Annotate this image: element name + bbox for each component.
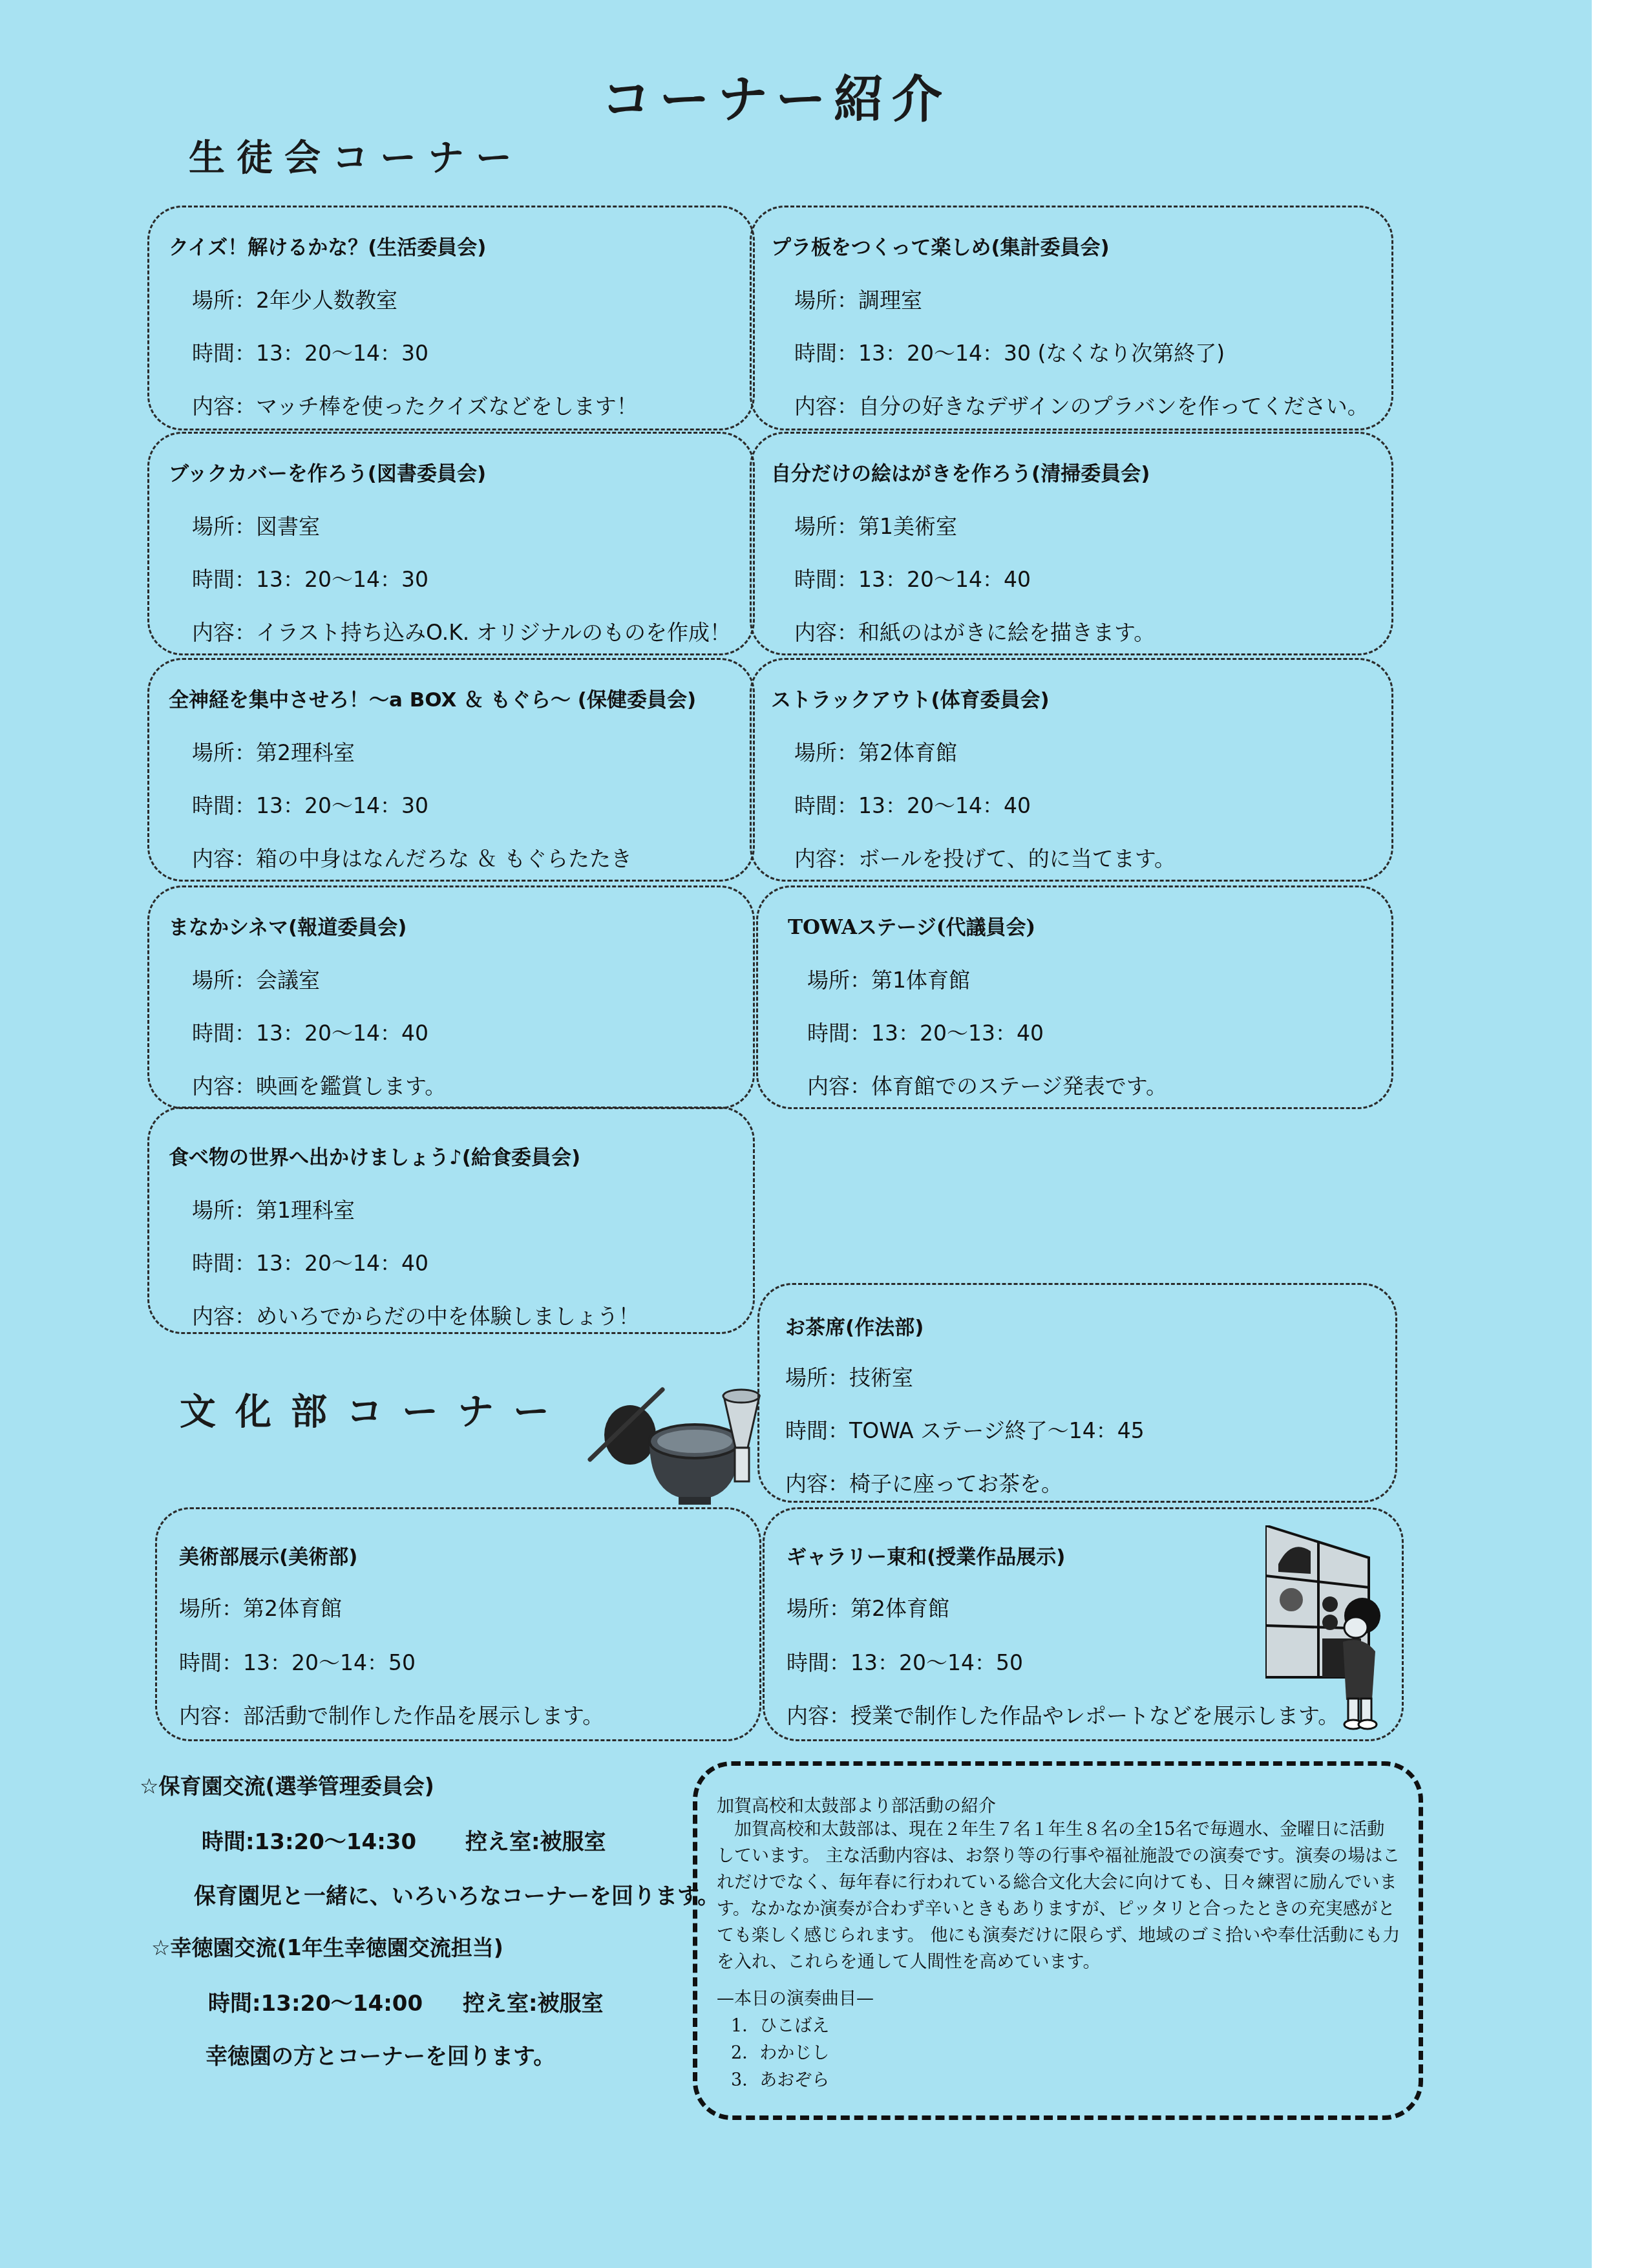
card-title: ギャラリー東和(授業作品展示) bbox=[787, 1540, 1065, 1569]
card-content: 内容：ボールを投げて、的に当てます。 bbox=[794, 842, 1176, 873]
card-place: 場所：第2体育館 bbox=[179, 1592, 342, 1622]
taiko-song-item: 1．ひこばえ bbox=[731, 2011, 829, 2037]
exchange-kotokuen-time: 時間:13:20〜14:00 bbox=[208, 1986, 423, 2017]
card-content: 内容：イラスト持ち込みO.K. オリジナルのものを作成！ bbox=[192, 616, 731, 646]
corner-card-postcard: 自分だけの絵はがきを作ろう(清掃委員会) 場所：第1美術室 時間：13：20〜1… bbox=[750, 432, 1393, 655]
card-place: 場所：会議室 bbox=[192, 964, 320, 994]
flyer-page: コーナー紹介 生徒会コーナー クイズ！解けるかな？(生活委員会) 場所：2年少人… bbox=[0, 0, 1592, 2268]
card-content: 内容：椅子に座ってお茶を。 bbox=[785, 1467, 1062, 1498]
card-title: ブックカバーを作ろう(図書委員会) bbox=[169, 457, 486, 486]
card-place: 場所：調理室 bbox=[794, 284, 922, 314]
taiko-heading: 加賀高校和太鼓部より部活動の紹介 bbox=[717, 1792, 996, 1817]
card-time: 時間：13：20〜14：30 bbox=[192, 789, 428, 820]
taiko-song-item: 2．わかじし bbox=[731, 2039, 829, 2064]
card-content: 内容：箱の中身はなんだろな ＆ もぐらたたき bbox=[192, 842, 632, 873]
corner-card-food-world: 食べ物の世界へ出かけましょう♪(給食委員会) 場所：第1理科室 時間：13：20… bbox=[147, 1107, 755, 1334]
gallery-viewer-icon bbox=[1265, 1525, 1382, 1732]
card-content: 内容：体育館でのステージ発表です。 bbox=[807, 1070, 1167, 1100]
card-content: 内容：映画を鑑賞します。 bbox=[192, 1070, 446, 1100]
card-place: 場所：第1理科室 bbox=[192, 1194, 355, 1224]
card-title: 美術部展示(美術部) bbox=[179, 1540, 357, 1569]
tea-set-icon bbox=[585, 1370, 766, 1512]
card-title: ストラックアウト(体育委員会) bbox=[771, 683, 1050, 712]
corner-card-towa-stage: TOWAステージ(代議員会) 場所：第1体育館 時間：13：20〜13：40 内… bbox=[756, 885, 1393, 1109]
card-time: 時間：13：20〜14：50 bbox=[787, 1646, 1023, 1677]
card-time: 時間：13：20〜13：40 bbox=[807, 1017, 1044, 1047]
culture-card-tea-ceremony: お茶席(作法部) 場所：技術室 時間：TOWA ステージ終了〜14：45 内容：… bbox=[757, 1283, 1397, 1503]
card-content: 内容：授業で制作した作品やレポートなどを展示します。 bbox=[787, 1699, 1339, 1730]
taiko-club-intro-box: 加賀高校和太鼓部より部活動の紹介 加賀高校和太鼓部は、現在２年生７名１年生８名の… bbox=[693, 1761, 1423, 2120]
corner-card-box-mole: 全神経を集中させろ！〜a BOX ＆ もぐら〜 (保健委員会) 場所：第2理科室… bbox=[147, 658, 755, 882]
card-place: 場所：第2体育館 bbox=[794, 736, 957, 767]
corner-card-struckout: ストラックアウト(体育委員会) 場所：第2体育館 時間：13：20〜14：40 … bbox=[750, 658, 1393, 882]
taiko-songs-title: —本日の演奏曲目— bbox=[717, 1984, 874, 2009]
card-content: 内容：めいろでからだの中を体験しましょう！ bbox=[192, 1300, 640, 1330]
card-time: 時間：TOWA ステージ終了〜14：45 bbox=[785, 1414, 1145, 1445]
culture-club-heading: 文化部コーナー bbox=[180, 1383, 569, 1435]
taiko-song-item: 3．あおぞら bbox=[731, 2066, 829, 2091]
page-title: コーナー紹介 bbox=[601, 59, 950, 132]
card-title: お茶席(作法部) bbox=[785, 1311, 924, 1340]
corner-card-quiz: クイズ！解けるかな？(生活委員会) 場所：2年少人数教室 時間：13：20〜14… bbox=[147, 206, 755, 430]
card-title: TOWAステージ(代議員会) bbox=[788, 911, 1035, 940]
card-place: 場所：第1体育館 bbox=[807, 964, 970, 994]
card-place: 場所：第2体育館 bbox=[787, 1592, 949, 1622]
exchange-nursery-title: ☆保育園交流(選挙管理委員会) bbox=[140, 1770, 434, 1800]
exchange-kotokuen-title: ☆幸徳園交流(1年生幸徳園交流担当) bbox=[151, 1931, 503, 1962]
card-title: 食べ物の世界へ出かけましょう♪(給食委員会) bbox=[169, 1141, 580, 1170]
card-time: 時間：13：20〜14：40 bbox=[794, 789, 1031, 820]
card-title: プラ板をつくって楽しめ(集計委員会) bbox=[771, 231, 1110, 260]
corner-card-bookcover: ブックカバーを作ろう(図書委員会) 場所：図書室 時間：13：20〜14：30 … bbox=[147, 432, 755, 655]
exchange-nursery-desc: 保育園児と一緒に、いろいろなコーナーを回ります。 bbox=[194, 1878, 719, 1910]
corner-card-plaban: プラ板をつくって楽しめ(集計委員会) 場所：調理室 時間：13：20〜14：30… bbox=[750, 206, 1393, 430]
card-content: 内容：マッチ棒を使ったクイズなどをします！ bbox=[192, 390, 638, 420]
card-content: 内容：部活動で制作した作品を展示します。 bbox=[179, 1699, 604, 1730]
exchange-nursery-room: 控え室:被服室 bbox=[465, 1824, 606, 1856]
card-time: 時間：13：20〜14：40 bbox=[192, 1247, 428, 1277]
card-time: 時間：13：20〜14：40 bbox=[794, 563, 1031, 593]
exchange-kotokuen-room: 控え室:被服室 bbox=[463, 1986, 604, 2017]
card-place: 場所：第2理科室 bbox=[192, 736, 355, 767]
card-content: 内容：和紙のはがきに絵を描きます。 bbox=[794, 616, 1155, 646]
taiko-body: 加賀高校和太鼓部は、現在２年生７名１年生８名の全15名で毎週水、金曜日に活動して… bbox=[717, 1816, 1402, 1975]
corner-card-cinema: まなかシネマ(報道委員会) 場所：会議室 時間：13：20〜14：40 内容：映… bbox=[147, 885, 755, 1109]
card-place: 場所：2年少人数教室 bbox=[192, 284, 397, 314]
card-place: 場所：第1美術室 bbox=[794, 510, 957, 540]
card-place: 場所：技術室 bbox=[785, 1361, 913, 1392]
culture-card-art-club: 美術部展示(美術部) 場所：第2体育館 時間：13：20〜14：50 内容：部活… bbox=[155, 1507, 761, 1741]
card-title: まなかシネマ(報道委員会) bbox=[169, 911, 407, 940]
card-time: 時間：13：20〜14：30 bbox=[192, 337, 428, 367]
card-time: 時間：13：20〜14：40 bbox=[192, 1017, 428, 1047]
card-title: 全神経を集中させろ！〜a BOX ＆ もぐら〜 (保健委員会) bbox=[169, 683, 696, 712]
card-title: 自分だけの絵はがきを作ろう(清掃委員会) bbox=[771, 457, 1150, 486]
card-time: 時間：13：20〜14：30 (なくなり次第終了) bbox=[794, 337, 1225, 367]
card-time: 時間：13：20〜14：50 bbox=[179, 1646, 416, 1677]
card-place: 場所：図書室 bbox=[192, 510, 320, 540]
card-content: 内容：自分の好きなデザインのプラバンを作ってください。 bbox=[794, 390, 1369, 420]
student-council-heading: 生徒会コーナー bbox=[189, 129, 523, 181]
exchange-kotokuen-desc: 幸徳園の方とコーナーを回ります。 bbox=[206, 2039, 555, 2070]
card-time: 時間：13：20〜14：30 bbox=[192, 563, 428, 593]
card-title: クイズ！解けるかな？(生活委員会) bbox=[169, 231, 486, 260]
exchange-nursery-time: 時間:13:20〜14:30 bbox=[202, 1824, 416, 1856]
